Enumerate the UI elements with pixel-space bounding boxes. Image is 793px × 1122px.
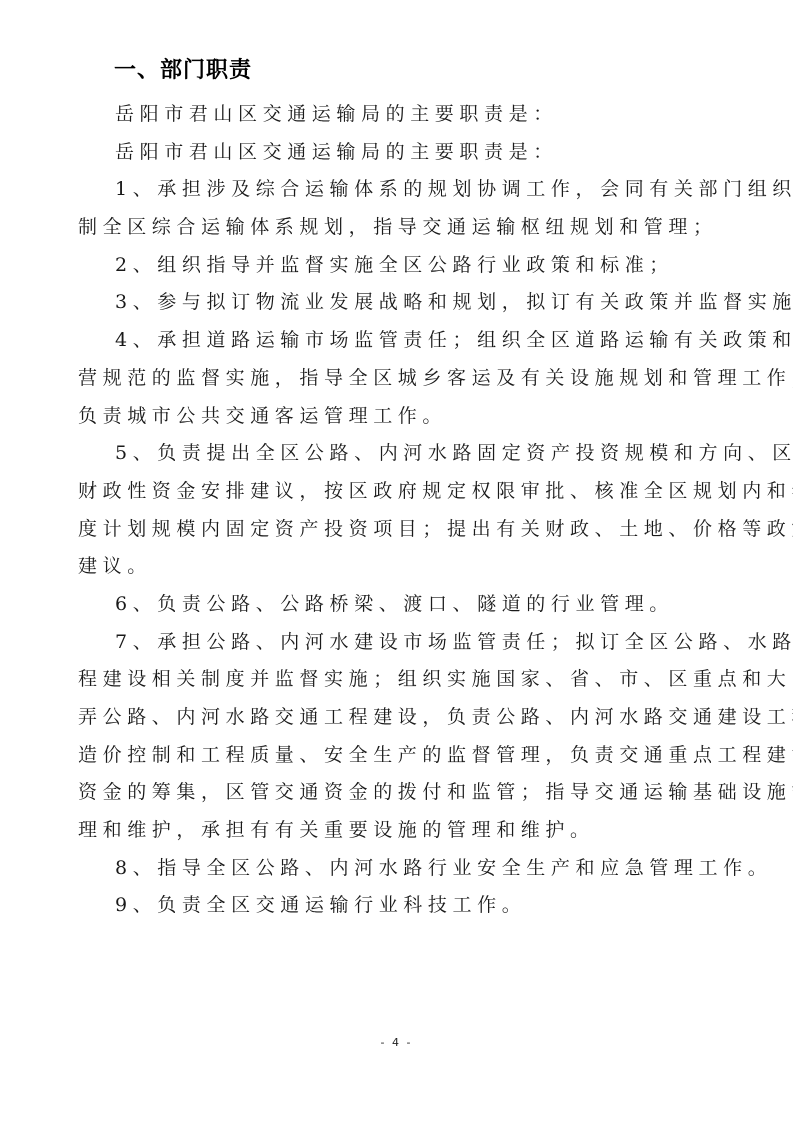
page-number: - 4 - [0, 1036, 793, 1049]
text-line: 6、负责公路、公路桥梁、渡口、隧道的行业管理。 [78, 586, 728, 624]
text-line: 4、承担道路运输市场监管责任；组织全区道路运输有关政策和运 [78, 322, 728, 360]
text-line: 3、参与拟订物流业发展战略和规划，拟订有关政策并监督实施。 [78, 284, 728, 322]
text-line: 营规范的监督实施，指导全区城乡客运及有关设施规划和管理工作， [78, 360, 728, 398]
text-line: 资金的筹集，区管交通资金的拨付和监管；指导交通运输基础设施管 [78, 774, 728, 812]
text-line: 岳阳市君山区交通运输局的主要职责是： [78, 134, 728, 172]
text-line: 9、负责全区交通运输行业科技工作。 [78, 887, 728, 925]
body-text: 岳阳市君山区交通运输局的主要职责是： 岳阳市君山区交通运输局的主要职责是： 1、… [78, 96, 728, 925]
text-line: 程建设相关制度并监督实施；组织实施国家、省、市、区重点和大中 [78, 661, 728, 699]
text-line: 7、承担公路、内河水建设市场监管责任；拟订全区公路、水路工 [78, 624, 728, 662]
text-line: 造价控制和工程质量、安全生产的监督管理，负责交通重点工程建设 [78, 737, 728, 775]
text-line: 度计划规模内固定资产投资项目；提出有关财政、土地、价格等政策 [78, 511, 728, 549]
text-line: 8、指导全区公路、内河水路行业安全生产和应急管理工作。 [78, 850, 728, 888]
text-line: 5、负责提出全区公路、内河水路固定资产投资规模和方向、区级 [78, 435, 728, 473]
text-line: 财政性资金安排建议，按区政府规定权限审批、核准全区规划内和年 [78, 473, 728, 511]
document-page: 一、部门职责 岳阳市君山区交通运输局的主要职责是： 岳阳市君山区交通运输局的主要… [0, 0, 793, 1122]
section-heading: 一、部门职责 [114, 56, 252, 86]
text-line: 弄公路、内河水路交通工程建设，负责公路、内河水路交通建设工程 [78, 699, 728, 737]
text-line: 制全区综合运输体系规划，指导交通运输枢纽规划和管理； [78, 209, 728, 247]
text-line: 理和维护，承担有有关重要设施的管理和维护。 [78, 812, 728, 850]
text-line: 2、组织指导并监督实施全区公路行业政策和标准； [78, 247, 728, 285]
text-line: 岳阳市君山区交通运输局的主要职责是： [78, 96, 728, 134]
text-line: 负责城市公共交通客运管理工作。 [78, 398, 728, 436]
text-line: 建议。 [78, 548, 728, 586]
text-line: 1、承担涉及综合运输体系的规划协调工作，会同有关部门组织编 [78, 171, 728, 209]
